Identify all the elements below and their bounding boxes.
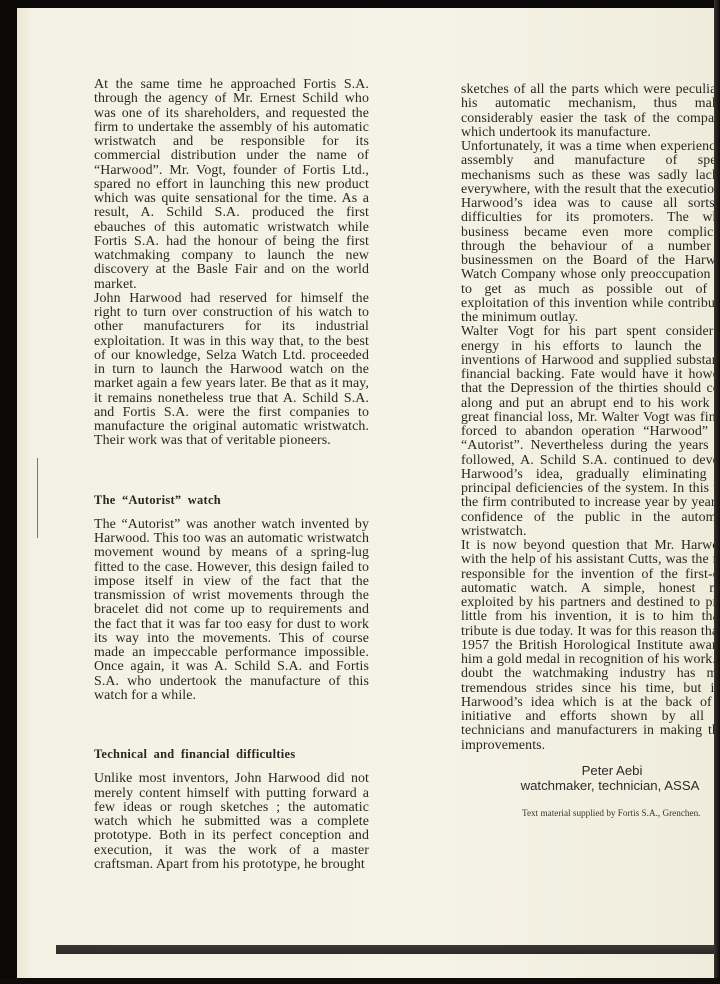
footer-rule: [56, 945, 720, 954]
page-edge-shadow: [714, 0, 720, 984]
source-credit: Text material supplied by Fortis S.A., G…: [522, 808, 700, 818]
body-paragraph: At the same time he approached Fortis S.…: [94, 78, 369, 292]
body-paragraph: Unfortunately, it was a time when experi…: [461, 140, 720, 325]
binding-crease: [37, 458, 38, 538]
document-page: At the same time he approached Fortis S.…: [17, 8, 715, 978]
body-paragraph: Unlike most inventors, John Harwood did …: [94, 772, 369, 872]
body-paragraph: sketches of all the parts which were pec…: [461, 83, 720, 140]
section-heading-technical: Technical and financial difficulties: [94, 747, 369, 761]
body-paragraph: John Harwood had reserved for himself th…: [94, 292, 369, 449]
section-heading-autorist: The “Autorist” watch: [94, 493, 369, 507]
author-title: watchmaker, technician, ASSA: [500, 778, 720, 793]
body-paragraph: Walter Vogt for his part spent considera…: [461, 325, 720, 539]
body-paragraph: It is now beyond question that Mr. Harwo…: [461, 539, 720, 753]
author-signature: Peter Aebi watchmaker, technician, ASSA: [500, 763, 720, 793]
right-column: sketches of all the parts which were pec…: [461, 83, 720, 753]
body-paragraph: The “Autorist” was another watch invente…: [94, 518, 369, 703]
left-column: At the same time he approached Fortis S.…: [94, 78, 369, 872]
author-name: Peter Aebi: [500, 763, 720, 778]
page-bottom-edge: [0, 978, 720, 984]
